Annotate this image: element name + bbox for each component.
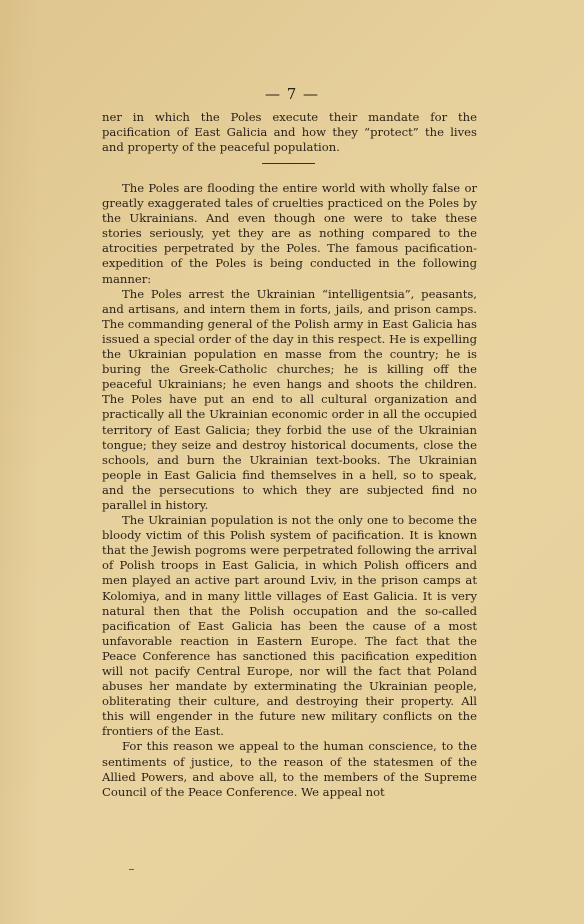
page-number: — 7 — xyxy=(0,85,584,103)
document-page: — 7 — ner in which the Poles execute the… xyxy=(0,0,584,924)
section-separator-rule xyxy=(262,163,315,164)
paragraph-arrests-and-persecution: The Poles arrest the Ukrainian “intellig… xyxy=(102,287,477,513)
paragraph-jewish-pogroms: The Ukrainian population is not the only… xyxy=(102,513,477,739)
paragraph-appeal: For this reason we appeal to the human c… xyxy=(102,739,477,799)
page-edge-shading xyxy=(0,0,40,924)
continued-paragraph: ner in which the Poles execute their man… xyxy=(102,110,477,155)
continued-paragraph-text: ner in which the Poles execute their man… xyxy=(102,110,477,155)
paragraph-polish-propaganda: The Poles are flooding the entire world … xyxy=(102,181,477,287)
body-text: The Poles are flooding the entire world … xyxy=(102,181,477,800)
print-mark xyxy=(129,869,134,870)
